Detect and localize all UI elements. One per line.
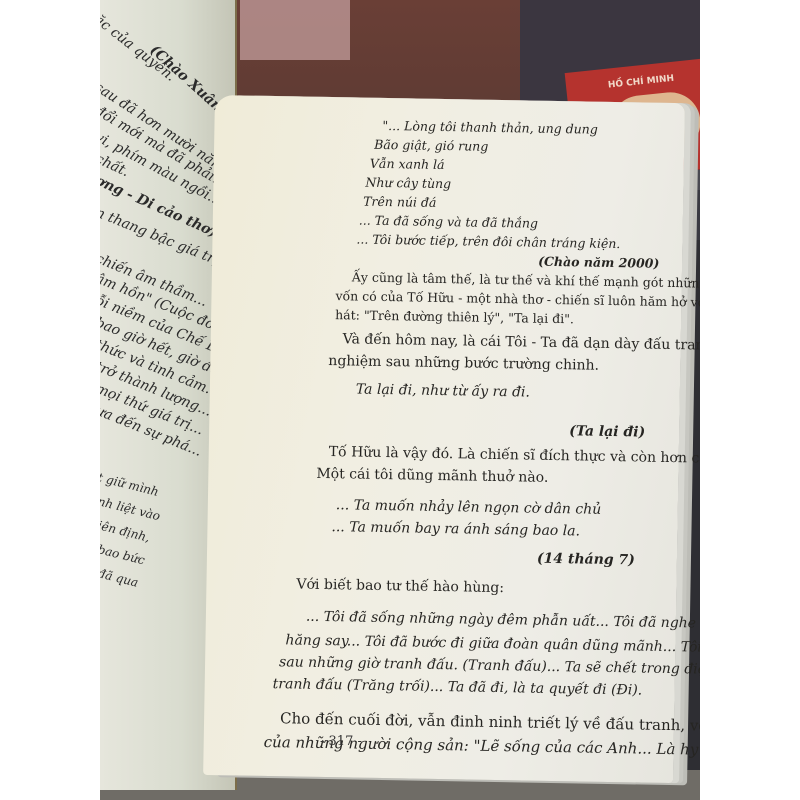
poem-line: ... Ta muốn bay ra ánh sáng bao la. [331, 517, 580, 541]
quote-line: ... Tôi đã sống những ngày đêm phẫn uất.… [306, 607, 700, 635]
paragraph-line: hát: "Trên đường thiên lý", "Ta lại đi". [335, 305, 574, 329]
left-line: ặc của quyền. [100, 12, 178, 85]
poem-source: (Ta lại đi) [569, 421, 645, 442]
left-line: nh liệt vào [100, 494, 162, 523]
right-page: "... Lòng tôi thanh thản, ung dung Bão g… [203, 95, 685, 783]
quote-line: Ta lại đi, như từ ấy ra đi. [356, 380, 530, 403]
quote-line: tranh đấu (Trăng trối)... Ta đã đi, là t… [273, 674, 643, 700]
left-line: bao bức [100, 542, 146, 567]
background-box [240, 0, 350, 60]
book-photo: HỒ CHÍ MINH GIẢI THƯỞNG TRUNG ƯƠNG ặc củ… [100, 0, 700, 800]
left-line: t giữ mình [100, 470, 160, 499]
paragraph-line: nghiệm sau những bước trường chinh. [328, 351, 599, 376]
poem-line: ... Tôi bước tiếp, trên đôi chân tráng k… [356, 229, 620, 254]
page-number: - 317 - [320, 734, 362, 749]
paragraph-line: Với biết bao tư thế hào hùng: [296, 574, 504, 598]
red-book-title: HỒ CHÍ MINH [586, 71, 696, 92]
paragraph-line: Cho đến cuối đời, vẫn đinh ninh triết lý… [280, 708, 700, 736]
poem-line: Vẫn xanh lá [370, 154, 445, 175]
poem-source: (14 tháng 7) [537, 549, 635, 571]
left-line: đã qua [100, 566, 140, 590]
left-line: iên định, [100, 518, 151, 544]
poem-line: ... Ta muốn nhảy lên ngọn cờ dân chủ [336, 495, 602, 520]
poem-line: Trên núi đá [363, 192, 437, 213]
paragraph-line: Một cái tôi dũng mãnh thuở nào. [316, 464, 548, 488]
